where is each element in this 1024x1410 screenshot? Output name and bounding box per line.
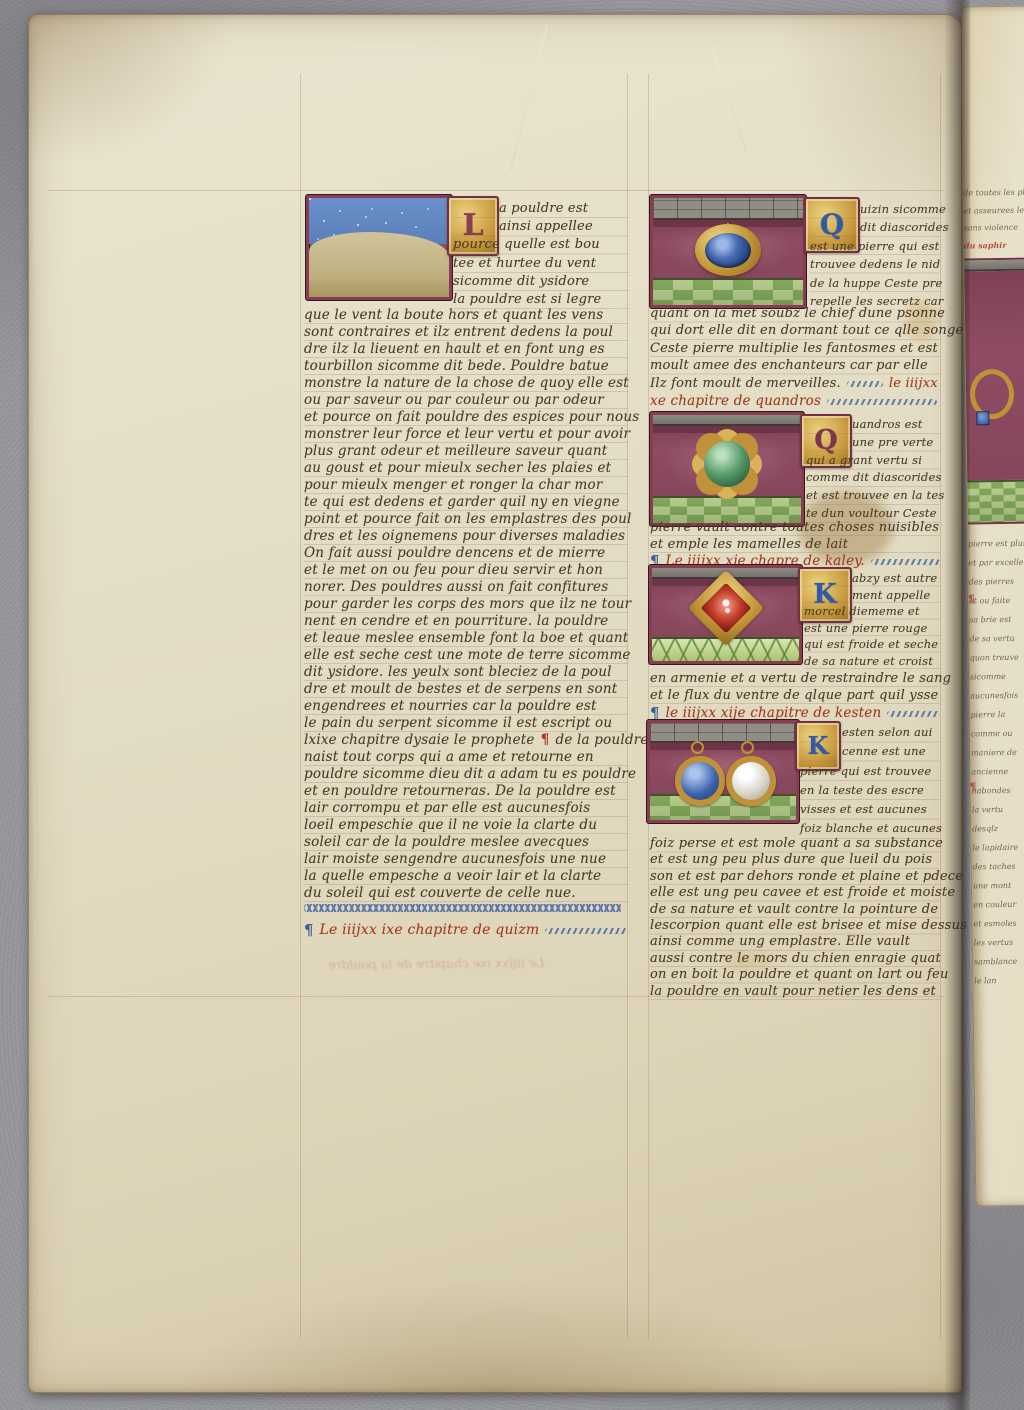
text-line: ainsi comme ung emplastre. Elle vault xyxy=(650,934,940,950)
quandros-rubric: xe chapitre de quandros xyxy=(650,393,940,410)
blue-gem xyxy=(681,762,719,800)
left-body-text-a: que le vent la boute hors et quant les v… xyxy=(304,307,628,732)
text-line: te qui est dedens et garder quil ny en v… xyxy=(304,494,628,511)
ruling-line-vertical xyxy=(300,74,301,1339)
text-line: ment appelle xyxy=(804,587,940,604)
text-line: en la teste des escre xyxy=(800,781,940,800)
white-gem xyxy=(732,762,770,800)
ruling-line-vertical xyxy=(648,74,649,1339)
text-line: aucunesfois xyxy=(970,686,1024,706)
text-line: esten selon aui xyxy=(800,723,940,742)
parchment-crease xyxy=(711,46,747,151)
text-line: du soleil qui est couverte de celle nue. xyxy=(304,885,628,902)
text-line: et est trouvee en la tes xyxy=(806,487,940,505)
text-line: norer. Des pouldres aussi on fait confit… xyxy=(304,579,628,596)
ruling-line-vertical xyxy=(940,74,941,1339)
text-line: naist tout corps qui a ame et retourne e… xyxy=(304,749,628,766)
kesten-intro-text: esten selon auicenne est unepierre qui e… xyxy=(800,723,940,839)
text-line: dit ysidore. les yeulx sont bleciez de l… xyxy=(304,664,628,681)
gold-ring-setting xyxy=(675,756,725,806)
photo-backdrop: L a pouldre estainsi appelleepource quel… xyxy=(0,0,1024,1410)
text-line: et asseurees les xyxy=(963,201,1024,219)
text-line: la pouldre en vault pour netier les dens… xyxy=(650,984,940,1000)
facing-page-edge: de toutes les plaieset asseurees lessans… xyxy=(962,0,1024,1410)
text-line: ancienne xyxy=(971,762,1024,782)
chamber-wall xyxy=(653,220,803,278)
text-line: au goust et pour mieulx secher les plaie… xyxy=(304,460,628,477)
text-line: dres et les oignemens pour diverses mala… xyxy=(304,528,628,545)
quizin-intro-text: uizin sicommedit diascoridesest une pier… xyxy=(810,200,940,310)
text-line: ainsi appellee xyxy=(453,218,629,236)
text-line: abzy est autre xyxy=(804,570,940,587)
text-line: samblance xyxy=(974,952,1024,972)
facing-page-parchment: de toutes les plaieset asseurees lessans… xyxy=(962,6,1024,1207)
left-intro-text: a pouldre estainsi appelleepource quelle… xyxy=(453,200,629,309)
line-filler-ornament xyxy=(871,559,940,565)
text-line: le lan xyxy=(974,971,1024,991)
checkered-floor xyxy=(967,480,1024,523)
checkered-floor xyxy=(650,794,796,820)
text-line: foiz perse et est mole quant a sa substa… xyxy=(650,836,940,852)
text-line: pour mieulx menger et ronger la char mor xyxy=(304,477,628,494)
text-line: est une pierre qui est xyxy=(810,237,940,255)
brick-wall xyxy=(650,723,796,743)
text-line: pource quelle est bou xyxy=(453,236,629,254)
rubric-text: Le iiijxx ixe chapitre de quizm xyxy=(320,922,540,939)
facing-text-below: pierre est pluset par excelledes pierres… xyxy=(968,534,1024,991)
sand-dune xyxy=(309,232,449,297)
text-line: dit diascorides xyxy=(810,218,940,236)
text-line: la vertu xyxy=(972,800,1024,820)
text-line: de sa vertu xyxy=(969,629,1024,649)
red-gem xyxy=(700,583,751,634)
line-filler-ornament xyxy=(545,928,628,934)
show-through-text: Le iiijxx ixe chapitre de la pouldre xyxy=(328,955,545,972)
text-line: sicomme xyxy=(970,667,1024,687)
text-line: a pouldre est xyxy=(453,200,629,218)
quizin-mixed-line: Ilz font moult de merveilles. le iiijxx xyxy=(650,375,940,392)
hanging-pin xyxy=(726,429,728,438)
text-line: moult amee des enchanteurs car par elle xyxy=(650,357,940,374)
text-line: son et est par dehors ronde et plaine et… xyxy=(650,869,940,885)
text-line: en armenie et a vertu de restraindre le … xyxy=(650,670,940,687)
text-line: elle est seche cest une mote de terre si… xyxy=(304,647,628,664)
miniature-quandros-stone xyxy=(650,412,804,526)
pilcrow-icon: ¶ xyxy=(968,592,975,605)
text-line: visses et est aucunes xyxy=(800,800,940,819)
text-line: de la huppe Ceste pre xyxy=(810,274,940,292)
left-body-text-b: naist tout corps qui a ame et retourne e… xyxy=(304,749,628,902)
text-line: et esmoles xyxy=(973,914,1024,934)
text-line: monstrer leur force et leur vertu et pou… xyxy=(304,426,628,443)
text-line: pierre vault contre toutes choses nuisib… xyxy=(650,519,940,536)
text-line: et le met on ou feu pour dieu servir et … xyxy=(304,562,628,579)
text-line: est une pierre rouge xyxy=(804,620,940,637)
text-line: de sa nature et croist xyxy=(804,653,940,670)
parchment-crease xyxy=(510,24,548,170)
pilcrow-icon: ¶ xyxy=(541,732,550,749)
text-line: habondes xyxy=(971,781,1024,801)
text-line: de la pouldre xyxy=(556,732,649,749)
text-line: de sa nature et vault contre la pointure… xyxy=(650,902,940,918)
text-line: trouvee dedens le nid xyxy=(810,255,940,273)
text-line: loeil empeschie que il ne voie la clarte… xyxy=(304,817,628,834)
text-line: lair corrompu et par elle est aucunesfoi… xyxy=(304,800,628,817)
line-filler-ornament xyxy=(304,904,622,912)
facing-rubric: du saphir xyxy=(964,236,1007,256)
rubric-text: le iiijxx xyxy=(889,375,938,392)
quandros-intro-text: uandros estune pre vertequi a grant vert… xyxy=(806,416,940,523)
text-line: et emple les mamelles de lait xyxy=(650,536,940,553)
gold-lozenge-setting xyxy=(687,570,763,646)
line-filler-ornament xyxy=(887,711,940,717)
text-line: uandros est xyxy=(806,416,940,434)
text-line: lair moiste sengendre aucunesfois une nu… xyxy=(304,851,628,868)
text-line: sont contraires et ilz entrent dedens la… xyxy=(304,324,628,341)
gold-hook xyxy=(691,741,704,754)
text-line: nent en cendre et en pourriture. la poul… xyxy=(304,613,628,630)
text-line: monstre la nature de la chose de quoy el… xyxy=(304,375,628,392)
manuscript-page: L a pouldre estainsi appelleepource quel… xyxy=(28,14,962,1393)
text-line: pierre la xyxy=(970,705,1024,725)
text-line: aussi contre le mors du chien enragie qu… xyxy=(650,951,940,967)
cornice xyxy=(964,260,1024,272)
text-line: et le flux du ventre de qlque part quil … xyxy=(650,687,940,704)
text-line: de toutes les plaies xyxy=(963,184,1024,202)
blue-gem xyxy=(976,411,989,425)
kabzy-body-text: en armenie et a vertu de restraindre le … xyxy=(650,670,940,704)
text-line: dre et moult de bestes et de serpens en … xyxy=(304,681,628,698)
line-filler-ornament xyxy=(827,399,937,405)
text-line: engendrees et nourries car la pouldre es… xyxy=(304,698,628,715)
text-line: qui est froide et seche xyxy=(804,636,940,653)
text-line: soleil car de la pouldre meslee avecques xyxy=(304,834,628,851)
text-line: comme ou xyxy=(971,724,1024,744)
text-line: des pierres xyxy=(969,572,1024,592)
text-line: des taches xyxy=(973,857,1024,877)
text-line: point et pource fait on les emplastres d… xyxy=(304,511,628,528)
rubric-text: xe chapitre de quandros xyxy=(650,393,821,410)
miniature-quizin-stone xyxy=(650,195,806,308)
text-line: dre ilz la lieuent en hault et en font u… xyxy=(304,341,628,358)
brick-wall xyxy=(653,198,803,220)
text-line: desqlz xyxy=(972,819,1024,839)
checkered-floor xyxy=(653,278,803,305)
text-line: une mont xyxy=(973,876,1024,896)
text-line: et par excelle xyxy=(968,553,1024,573)
text-line: sans violence xyxy=(964,219,1024,237)
dust-specks xyxy=(309,198,311,200)
text-line: elle est ung peu cavee et est froide et … xyxy=(650,885,940,901)
text-line: pouldre sicomme dieu dit a adam tu es po… xyxy=(304,766,628,783)
text-line: tourbillon sicomme dit bede. Pouldre bat… xyxy=(304,358,628,375)
text-line: pierre est plus xyxy=(968,534,1024,554)
text-line: comme dit diascorides xyxy=(806,469,940,487)
text-line: maniere de xyxy=(971,743,1024,763)
text-line: on en boit la pouldre et quant on lart o… xyxy=(650,967,940,983)
gold-ring-setting xyxy=(726,756,776,806)
text-line: et est ung peu plus dure que lueil du po… xyxy=(650,852,940,868)
text-line: ou par saveur ou par couleur ou par odeu… xyxy=(304,392,628,409)
ruling-line-horizontal xyxy=(48,190,944,191)
left-rubric: ¶ Le iiijxx ixe chapitre de quizm xyxy=(304,922,628,939)
text-line: les vertus xyxy=(974,933,1024,953)
gold-oval-setting xyxy=(695,224,761,276)
text-line: lxixe chapitre dysaie le prophete xyxy=(304,732,535,749)
text-line: lescorpion quant elle est brisee et mise… xyxy=(650,918,940,934)
text-line: et ou faite xyxy=(969,591,1024,611)
text-line: et en pouldre retourneras. De la pouldre… xyxy=(304,783,628,800)
quandros-body-text: pierre vault contre toutes choses nuisib… xyxy=(650,519,940,553)
text-line: sa brie est xyxy=(969,610,1024,630)
chamber-wall xyxy=(652,579,799,637)
text-line: la quelle empesche a veoir lair et la cl… xyxy=(304,868,628,885)
left-mixed-line: lxixe chapitre dysaie le prophete ¶ de l… xyxy=(304,732,628,749)
green-gem-quatrefoil xyxy=(704,441,750,487)
text-line: cenne est une xyxy=(800,742,940,761)
text-line: tee et hurtee du vent xyxy=(453,255,629,273)
chamber-wall xyxy=(964,271,1024,481)
kabzy-intro-text: abzy est autrement appellemorcel diememe… xyxy=(804,570,940,669)
text-line: quon treuve xyxy=(970,648,1024,668)
cornice xyxy=(653,415,801,426)
text-line: pierre qui est trouvee xyxy=(800,762,940,781)
gold-hook xyxy=(741,741,754,754)
chamber-wall xyxy=(653,426,801,496)
text-line: morcel diememe et xyxy=(804,603,940,620)
text-line: pour garder les corps des mors que ilz n… xyxy=(304,596,628,613)
facing-text-above: de toutes les plaieset asseurees lessans… xyxy=(963,184,1024,237)
text-line: On fait aussi pouldre dencens et de mier… xyxy=(304,545,628,562)
facing-partial-miniature xyxy=(964,258,1024,525)
text-line: sicomme dit ysidore xyxy=(453,273,629,291)
text-line: uizin sicomme xyxy=(810,200,940,218)
text-line: et leaue meslee ensemble font la boe et … xyxy=(304,630,628,647)
quizin-body-text: quant on la met soubz le chief dune pson… xyxy=(650,305,940,375)
text-line: une pre verte xyxy=(806,434,940,452)
text-line: que le vent la boute hors et quant les v… xyxy=(304,307,628,324)
pilcrow-icon: ¶ xyxy=(304,922,314,939)
text-line: Ilz font moult de merveilles. xyxy=(650,375,841,392)
miniature-dust-landscape xyxy=(306,195,452,300)
text-line: le lapidaire xyxy=(972,838,1024,858)
pilcrow-icon: ¶ xyxy=(969,780,976,793)
miniature-kesten-stones xyxy=(647,720,799,823)
text-line: et pource on fait pouldre des espices po… xyxy=(304,409,628,426)
text-line: qui a grant vertu si xyxy=(806,452,940,470)
kesten-body-text: foiz perse et est mole quant a sa substa… xyxy=(650,836,940,1000)
chamber-wall xyxy=(650,743,796,794)
text-line: quant on la met soubz le chief dune pson… xyxy=(650,305,940,322)
text-line: plus grant odeur et meilleure saveur qua… xyxy=(304,443,628,460)
line-filler-ornament xyxy=(847,381,883,387)
text-line: le pain du serpent sicomme il est escrip… xyxy=(304,715,628,732)
text-line: Ceste pierre multiplie les fantosmes et … xyxy=(650,340,940,357)
text-line: qui dort elle dit en dormant tout ce qll… xyxy=(650,322,940,339)
text-line: en couleur xyxy=(973,895,1024,915)
miniature-kabzy-stone xyxy=(649,565,802,664)
blue-gem xyxy=(705,233,751,268)
